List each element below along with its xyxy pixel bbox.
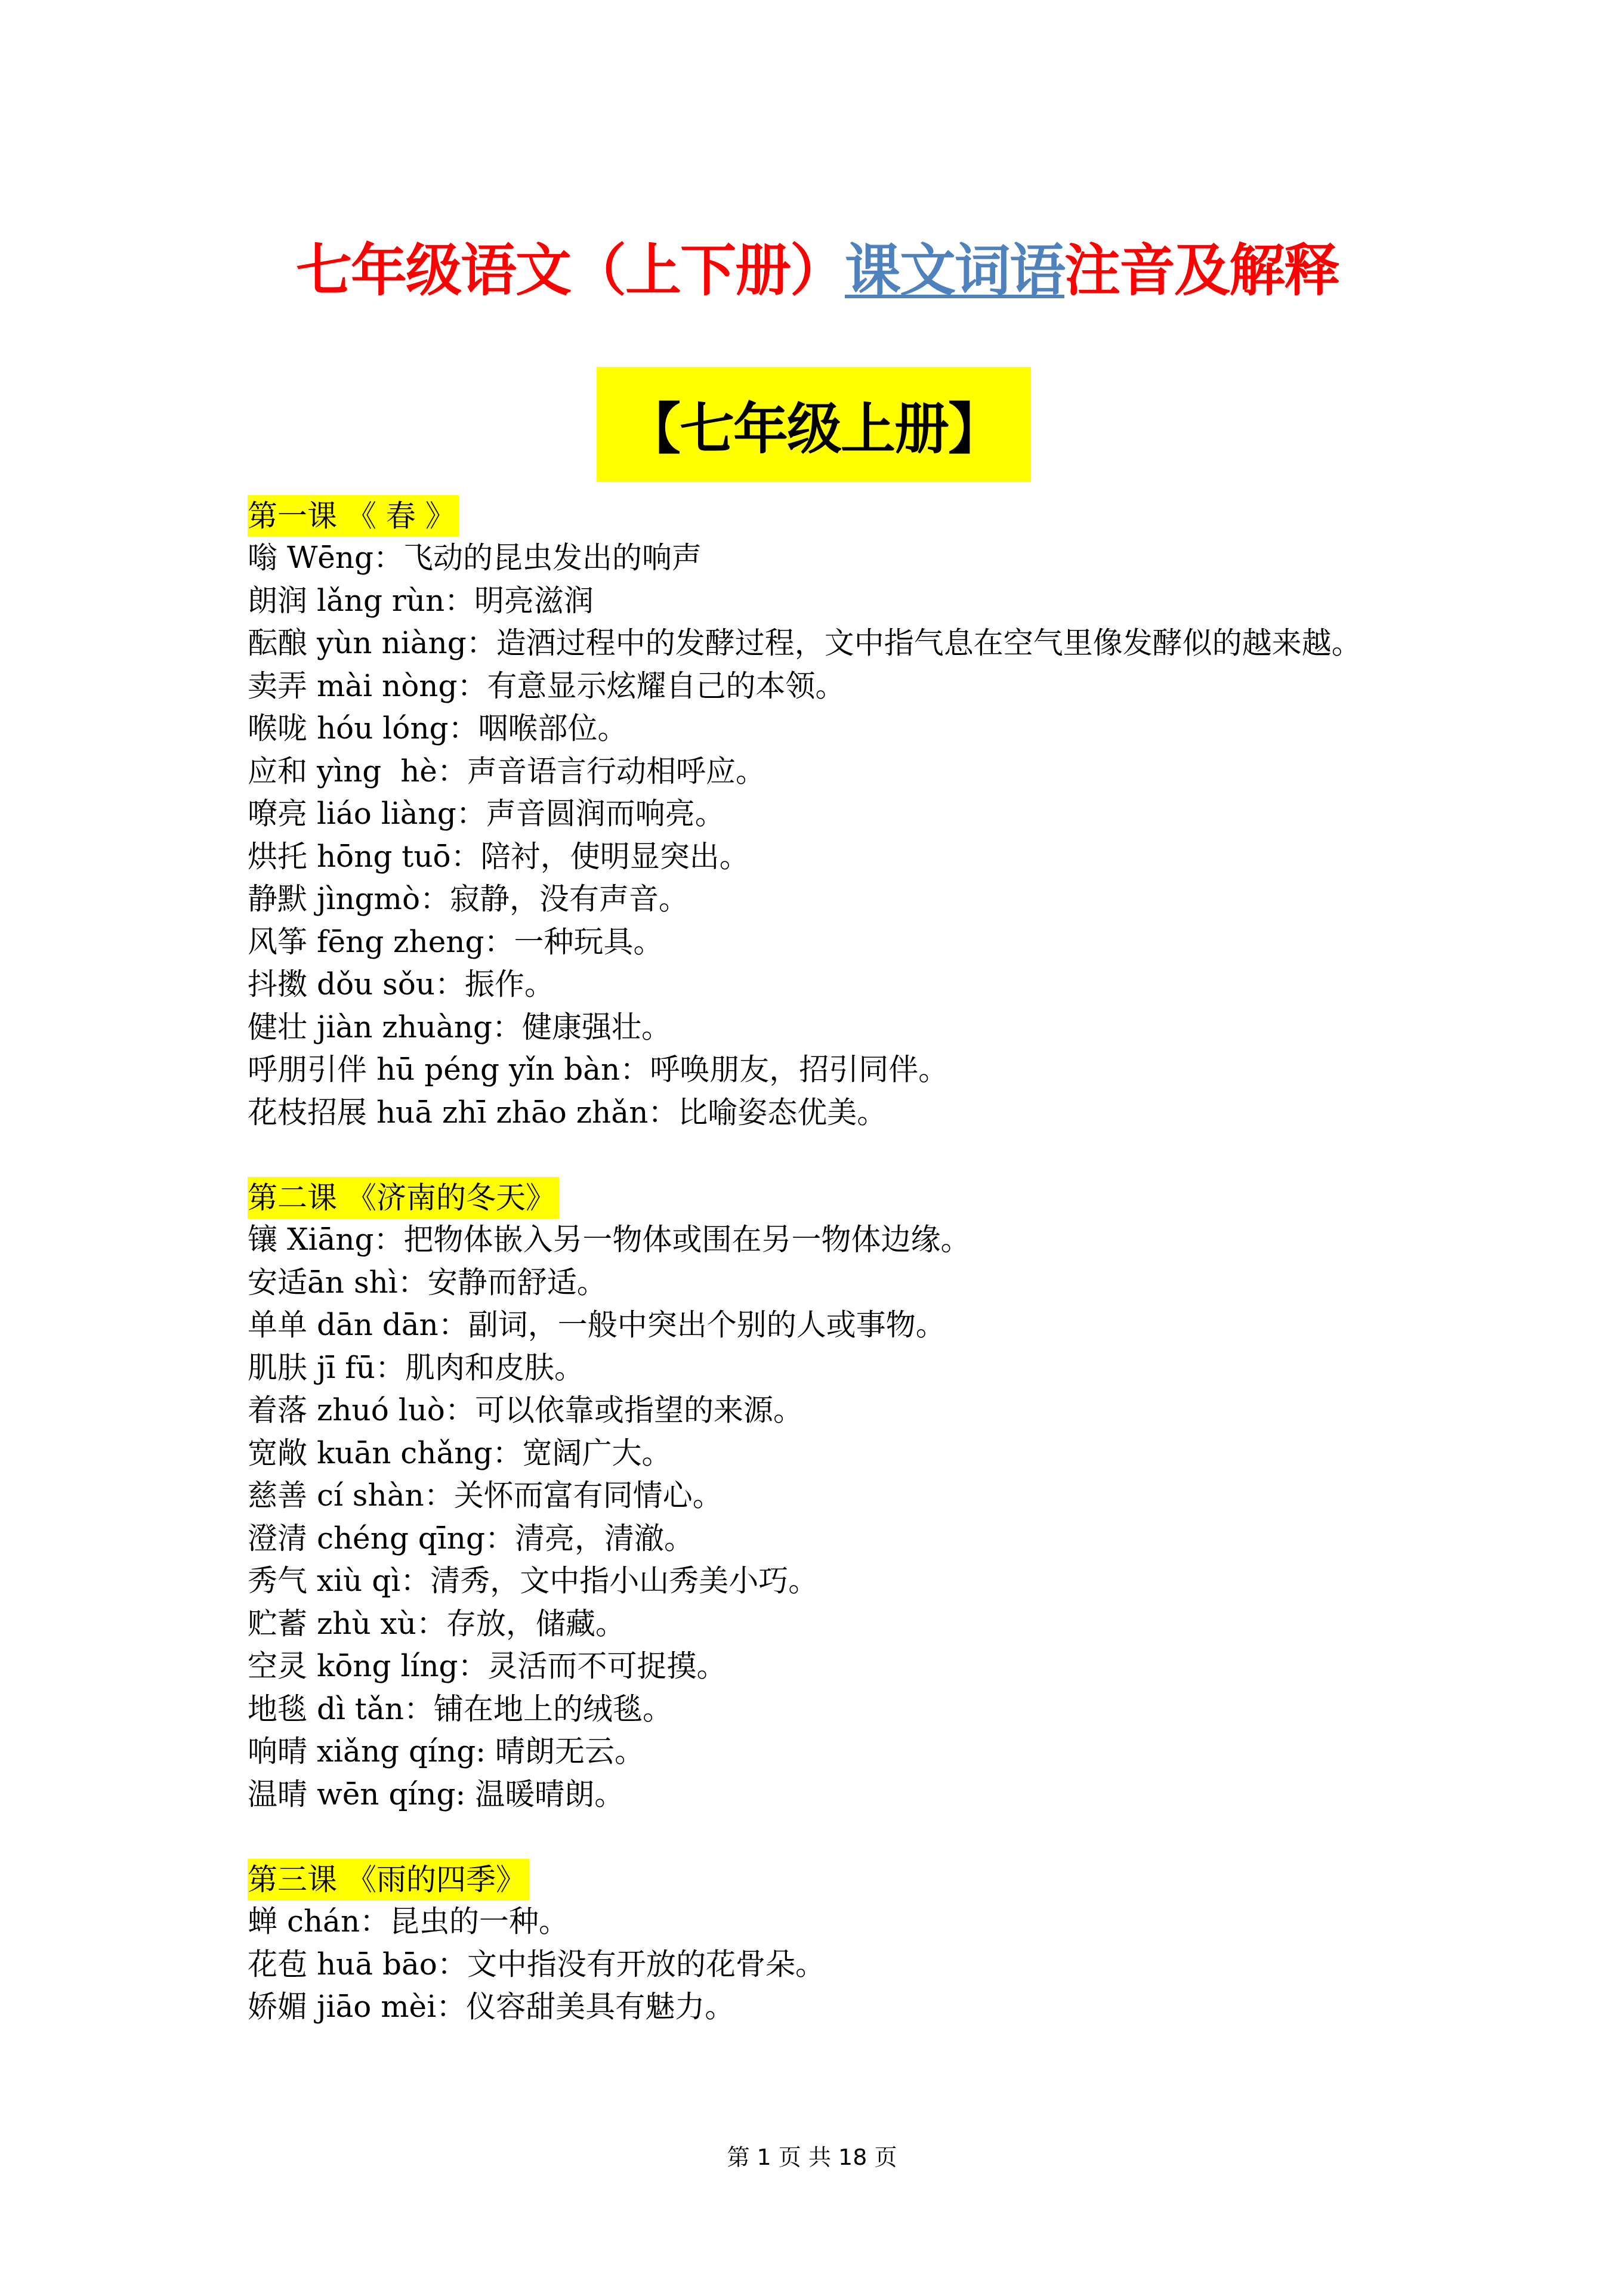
vocab-entry: 蝉 chán：昆虫的一种。 xyxy=(248,1901,1399,1943)
lesson-heading: 第一课 《 春 》 xyxy=(248,495,459,537)
vocab-entry: 娇媚 jiāo mèi：仪容甜美具有魅力。 xyxy=(248,1986,1399,2029)
title-part-vocabulary-link[interactable]: 课文词语 xyxy=(845,239,1064,304)
vocab-entry: 酝酿 yùn niàng：造酒过程中的发酵过程，文中指气息在空气里像发酵似的越来… xyxy=(248,622,1399,665)
vocab-entry: 秀气 xiù qì：清秀，文中指小山秀美小巧。 xyxy=(248,1560,1399,1603)
vocab-entry: 响晴 xiǎng qíng: 晴朗无云。 xyxy=(248,1731,1399,1773)
document-title: 七年级语文（上下册）课文词语注音及解释 xyxy=(239,236,1396,307)
vocab-entry: 卖弄 mài nòng：有意显示炫耀自己的本领。 xyxy=(248,665,1399,708)
vocab-entry: 单单 dān dān：副词，一般中突出个别的人或事物。 xyxy=(248,1304,1399,1347)
document-page: 七年级语文（上下册）课文词语注音及解释 【七年级上册】 第一课 《 春 》 嗡 … xyxy=(0,0,1624,2296)
vocab-entry: 应和 yìng hè：声音语言行动相呼应。 xyxy=(248,750,1399,793)
lesson-1: 第一课 《 春 》 嗡 Wēng：飞动的昆虫发出的响声 朗润 lǎng rùn：… xyxy=(248,495,1399,1134)
lesson-2: 第二课 《济南的冬天》 镶 Xiāng：把物体嵌入另一物体或围在另一物体边缘。 … xyxy=(248,1177,1399,1816)
lessons-content: 第一课 《 春 》 嗡 Wēng：飞动的昆虫发出的响声 朗润 lǎng rùn：… xyxy=(248,495,1399,2029)
vocab-entry: 镶 Xiāng：把物体嵌入另一物体或围在另一物体边缘。 xyxy=(248,1219,1399,1262)
volume-banner: 【七年级上册】 xyxy=(597,367,1031,482)
lesson-heading: 第三课 《雨的四季》 xyxy=(248,1859,529,1901)
vocab-entry: 朗润 lǎng rùn：明亮滋润 xyxy=(248,580,1399,623)
vocab-entry: 肌肤 jī fū：肌肉和皮肤。 xyxy=(248,1347,1399,1390)
page-footer: 第 1 页 共 18 页 xyxy=(0,2139,1624,2171)
title-part-grade-volume: 七年级语文（上下册） xyxy=(296,239,845,304)
lesson-heading: 第二课 《济南的冬天》 xyxy=(248,1177,559,1219)
vocab-entry: 花苞 huā bāo：文中指没有开放的花骨朵。 xyxy=(248,1943,1399,1986)
vocab-entry: 宽敞 kuān chǎng：宽阔广大。 xyxy=(248,1432,1399,1475)
vocab-entry: 花枝招展 huā zhī zhāo zhǎn：比喻姿态优美。 xyxy=(248,1092,1399,1135)
vocab-entry: 慈善 cí shàn：关怀而富有同情心。 xyxy=(248,1475,1399,1518)
vocab-entry: 地毯 dì tǎn：铺在地上的绒毯。 xyxy=(248,1688,1399,1731)
title-part-pronunciation-explanation: 注音及解释 xyxy=(1064,239,1339,304)
vocab-entry: 静默 jìngmò：寂静，没有声音。 xyxy=(248,878,1399,921)
lesson-3: 第三课 《雨的四季》 蝉 chán：昆虫的一种。 花苞 huā bāo：文中指没… xyxy=(248,1859,1399,2029)
vocab-entry: 健壮 jiàn zhuàng：健康强壮。 xyxy=(248,1006,1399,1049)
vocab-entry: 澄清 chéng qīng：清亮，清澈。 xyxy=(248,1518,1399,1560)
vocab-entry: 嗡 Wēng：飞动的昆虫发出的响声 xyxy=(248,537,1399,580)
vocab-entry: 呼朋引伴 hū péng yǐn bàn：呼唤朋友，招引同伴。 xyxy=(248,1049,1399,1092)
vocab-entry: 温晴 wēn qíng: 温暖晴朗。 xyxy=(248,1773,1399,1816)
vocab-entry: 风筝 fēng zheng：一种玩具。 xyxy=(248,921,1399,964)
vocab-entry: 贮蓄 zhù xù：存放，储藏。 xyxy=(248,1603,1399,1646)
vocab-entry: 烘托 hōng tuō：陪衬，使明显突出。 xyxy=(248,836,1399,879)
vocab-entry: 空灵 kōng líng：灵活而不可捉摸。 xyxy=(248,1645,1399,1688)
volume-label: 【七年级上册】 xyxy=(626,385,1002,464)
vocab-entry: 安适ān shì：安静而舒适。 xyxy=(248,1262,1399,1305)
vocab-entry: 着落 zhuó luò：可以依靠或指望的来源。 xyxy=(248,1389,1399,1432)
vocab-entry: 嘹亮 liáo liàng：声音圆润而响亮。 xyxy=(248,793,1399,836)
vocab-entry: 抖擞 dǒu sǒu：振作。 xyxy=(248,963,1399,1006)
vocab-entry: 喉咙 hóu lóng：咽喉部位。 xyxy=(248,707,1399,750)
